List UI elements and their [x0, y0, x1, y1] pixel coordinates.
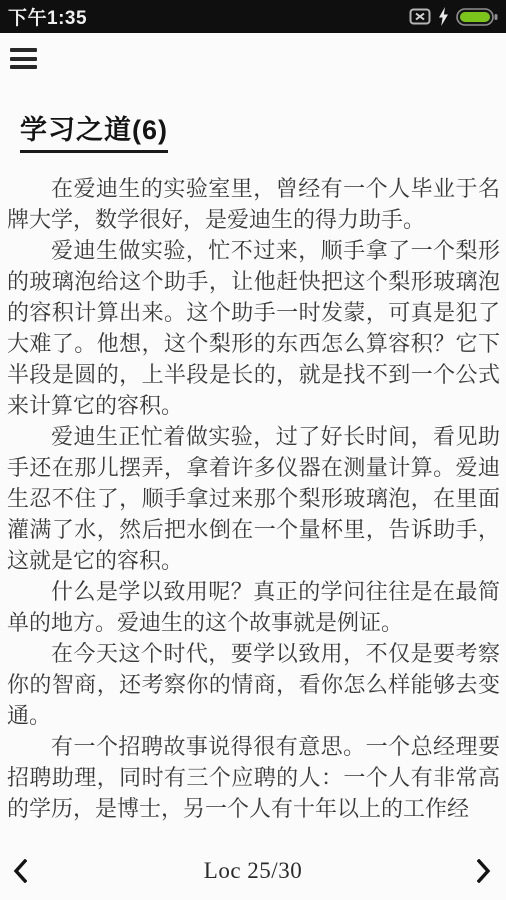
- sim-missing-icon: [409, 8, 431, 25]
- paragraph: 在爱迪生的实验室里，曾经有一个人毕业于名牌大学，数学很好，是爱迪生的得力助手。: [7, 173, 500, 235]
- chevron-right-icon[interactable]: [477, 858, 493, 884]
- paragraph: 爱迪生正忙着做实验，过了好长时间，看见助手还在那儿摆弄，拿着许多仪器在测量计算。…: [7, 421, 500, 576]
- status-bar: 下午1:35: [0, 0, 506, 33]
- reader-screen: 下午1:35: [0, 0, 506, 900]
- bottom-pager-bar: Loc 25/30: [0, 842, 506, 900]
- paragraph: 什么是学以致用呢？真正的学问往往是在最简单的地方。爱迪生的这个故事就是例证。: [7, 576, 500, 638]
- hamburger-menu-icon[interactable]: [10, 48, 37, 69]
- chevron-left-icon[interactable]: [13, 858, 29, 884]
- charging-bolt-icon: [438, 7, 449, 26]
- status-time: 下午1:35: [8, 3, 87, 30]
- battery-full-icon: [456, 8, 498, 26]
- page-title: 学习之道(6): [20, 108, 168, 153]
- paragraph: 有一个招聘故事说得很有意思。一个总经理要招聘助理，同时有三个应聘的人：一个人有非…: [7, 731, 500, 824]
- paragraph: 爱迪生做实验，忙不过来，顺手拿了一个梨形的玻璃泡给这个助手，让他赶快把这个梨形玻…: [7, 235, 500, 421]
- paragraph: 在今天这个时代，要学以致用，不仅是要考察你的智商，还考察你的情商，看你怎么样能够…: [7, 638, 500, 731]
- status-icons: [409, 7, 498, 26]
- location-indicator: Loc 25/30: [204, 858, 302, 884]
- reading-area[interactable]: 在爱迪生的实验室里，曾经有一个人毕业于名牌大学，数学很好，是爱迪生的得力助手。 …: [7, 173, 500, 824]
